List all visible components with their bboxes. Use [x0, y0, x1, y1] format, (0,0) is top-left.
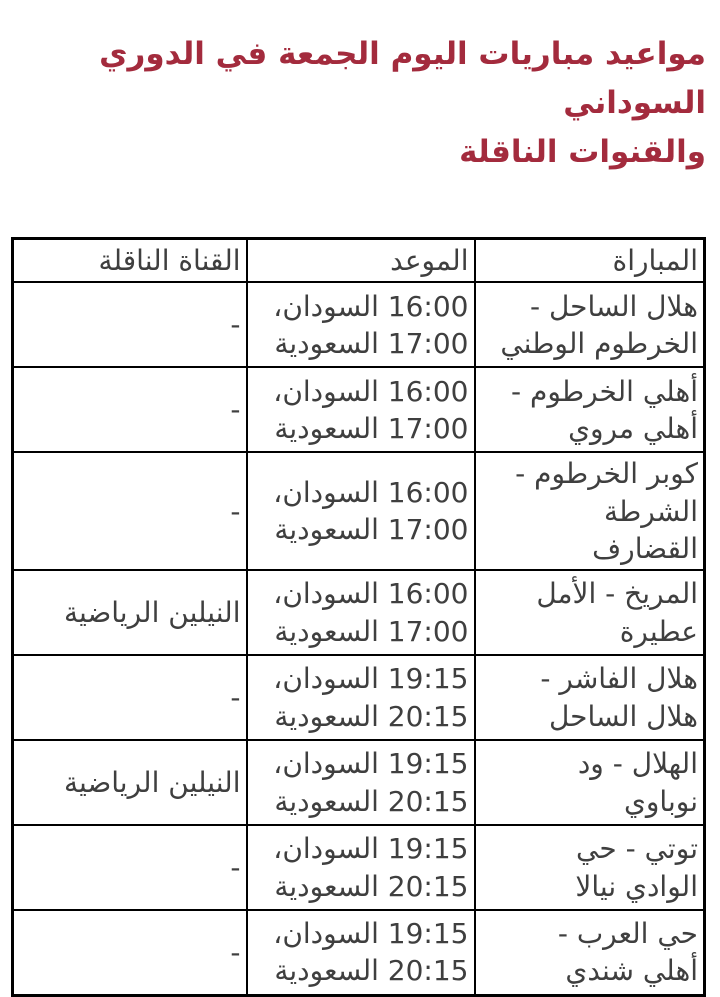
time-cell: 19:15 السودان، 20:15 السعودية	[247, 910, 475, 995]
channel-cell: -	[13, 825, 247, 910]
header-channel: القناة الناقلة	[13, 238, 247, 282]
match-cell: حي العرب - أهلي شندي	[475, 910, 705, 995]
time-cell: 16:00 السودان، 17:00 السعودية	[247, 570, 475, 655]
channel-cell: -	[13, 655, 247, 740]
table-body: هلال الساحل - الخرطوم الوطني16:00 السودا…	[13, 282, 705, 995]
table-row: هلال الفاشر - هلال الساحل19:15 السودان، …	[13, 655, 705, 740]
time-cell: 16:00 السودان، 17:00 السعودية	[247, 367, 475, 452]
header-time: الموعد	[247, 238, 475, 282]
time-cell: 16:00 السودان، 17:00 السعودية	[247, 282, 475, 367]
channel-cell: النيلين الرياضية	[13, 740, 247, 825]
table-header: المباراة الموعد القناة الناقلة	[13, 238, 705, 282]
table-row: حي العرب - أهلي شندي19:15 السودان، 20:15…	[13, 910, 705, 995]
table-row: الهلال - ود نوباوي19:15 السودان، 20:15 ا…	[13, 740, 705, 825]
header-row: المباراة الموعد القناة الناقلة	[13, 238, 705, 282]
table-row: كوبر الخرطوم - الشرطة القضارف16:00 السود…	[13, 452, 705, 570]
channel-cell: -	[13, 910, 247, 995]
match-cell: أهلي الخرطوم - أهلي مروي	[475, 367, 705, 452]
match-cell: توتي - حي الوادي نيالا	[475, 825, 705, 910]
header-match: المباراة	[475, 238, 705, 282]
table-row: هلال الساحل - الخرطوم الوطني16:00 السودا…	[13, 282, 705, 367]
table-row: المريخ - الأمل عطيرة16:00 السودان، 17:00…	[13, 570, 705, 655]
table-row: توتي - حي الوادي نيالا19:15 السودان، 20:…	[13, 825, 705, 910]
time-cell: 19:15 السودان، 20:15 السعودية	[247, 740, 475, 825]
match-cell: هلال الفاشر - هلال الساحل	[475, 655, 705, 740]
page-title: مواعيد مباريات اليوم الجمعة في الدوري ال…	[0, 0, 720, 177]
channel-cell: -	[13, 367, 247, 452]
match-cell: هلال الساحل - الخرطوم الوطني	[475, 282, 705, 367]
match-cell: الهلال - ود نوباوي	[475, 740, 705, 825]
channel-cell: -	[13, 452, 247, 570]
match-cell: المريخ - الأمل عطيرة	[475, 570, 705, 655]
match-cell: كوبر الخرطوم - الشرطة القضارف	[475, 452, 705, 570]
time-cell: 19:15 السودان، 20:15 السعودية	[247, 655, 475, 740]
time-cell: 16:00 السودان، 17:00 السعودية	[247, 452, 475, 570]
table-row: أهلي الخرطوم - أهلي مروي16:00 السودان، 1…	[13, 367, 705, 452]
channel-cell: -	[13, 282, 247, 367]
time-cell: 19:15 السودان، 20:15 السعودية	[247, 825, 475, 910]
matches-table: المباراة الموعد القناة الناقلة هلال السا…	[11, 237, 706, 997]
channel-cell: النيلين الرياضية	[13, 570, 247, 655]
